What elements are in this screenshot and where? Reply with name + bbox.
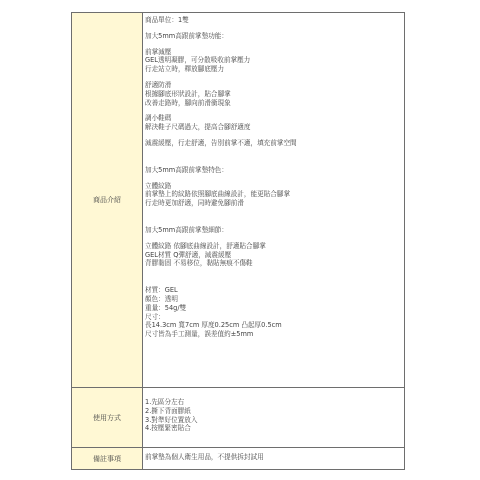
details-heading: 加大5mm高跟前掌墊細節： bbox=[145, 226, 402, 235]
feature-size-adjust: 調小鞋碼 解決鞋子尺碼過大，提高合腳舒適度 bbox=[145, 114, 402, 132]
usage-steps: 1.先區分左右 2.撕下背面膠紙 3.對準好位置放入 4.按壓緊密貼合 bbox=[143, 388, 404, 447]
feature-anti-slip: 舒適防滑 根據腳底形狀設計，貼合腳掌 改善走路時，腳向前滑衝現象 bbox=[145, 81, 402, 107]
label-usage: 使用方式 bbox=[72, 388, 143, 447]
notes-text: 前掌墊為個人衛生用品，不提供拆封試用 bbox=[143, 448, 404, 469]
row-notes: 備註事項 前掌墊為個人衛生用品，不提供拆封試用 bbox=[72, 447, 404, 469]
usage-step: 1.先區分左右 bbox=[145, 398, 402, 407]
label-product-intro: 商品介紹 bbox=[72, 13, 143, 387]
usage-step: 2.撕下背面膠紙 bbox=[145, 407, 402, 416]
function-heading: 加大5mm高跟前掌墊功能： bbox=[145, 32, 402, 41]
feature-forefoot-relief: 前掌減壓 GEL透明凝膠，可分散吸收前掌壓力 行走站立時，釋放腳底壓力 bbox=[145, 48, 402, 74]
row-usage: 使用方式 1.先區分左右 2.撕下背面膠紙 3.對準好位置放入 4.按壓緊密貼合 bbox=[72, 387, 404, 447]
details-list: 立體紋路 依腳底曲線設計，舒適貼合腳掌 GEL材質 Q彈舒適，減震緩壓 背膠黏固… bbox=[145, 242, 402, 268]
specifications: 材質：GEL 顏色：透明 重量：54g/雙 尺寸： 長14.3cm 寬7cm 厚… bbox=[145, 286, 402, 339]
unit-block: 商品單位：1雙 bbox=[145, 16, 402, 25]
product-intro-content: 商品單位：1雙 加大5mm高跟前掌墊功能： 前掌減壓 GEL透明凝膠，可分散吸收… bbox=[143, 13, 404, 387]
characteristic-texture: 立體紋路 前掌墊上的紋路依照腳底曲線設計，能更貼合腳掌 行走時更加舒適，同時避免… bbox=[145, 182, 402, 208]
feature-summary: 減震緩壓，行走舒適，告別前掌不適，填充前掌空間 bbox=[145, 139, 402, 148]
usage-step: 4.按壓緊密貼合 bbox=[145, 424, 402, 433]
characteristics-heading: 加大5mm高跟前掌墊特色： bbox=[145, 166, 402, 175]
label-notes: 備註事項 bbox=[72, 448, 143, 469]
product-info-table: 商品介紹 商品單位：1雙 加大5mm高跟前掌墊功能： 前掌減壓 GEL透明凝膠，… bbox=[71, 12, 405, 470]
row-product-intro: 商品介紹 商品單位：1雙 加大5mm高跟前掌墊功能： 前掌減壓 GEL透明凝膠，… bbox=[72, 13, 404, 387]
